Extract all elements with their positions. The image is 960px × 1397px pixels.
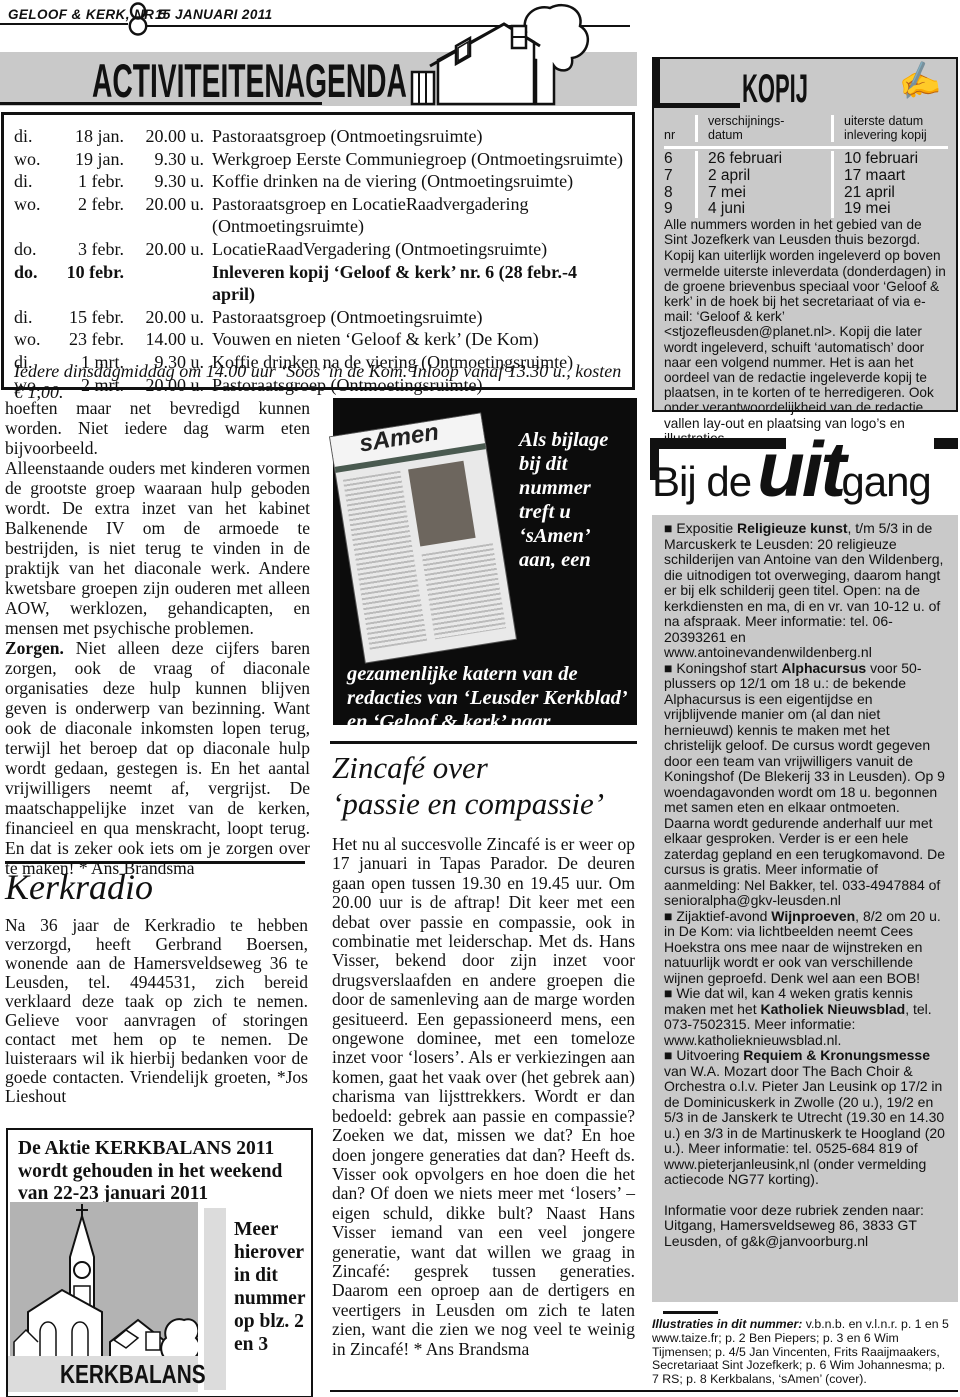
- illustraties-rule: [663, 1311, 718, 1314]
- agenda-cell: 19 jan.: [62, 148, 124, 171]
- bij-de-uitgang-logo: Bij de uit gang: [650, 424, 958, 512]
- newspaper-page: GELOOF & KERK, NR 5 15 JANUARI 2011 ACTI…: [0, 0, 960, 1397]
- uitgang-items: ■ Expositie Religieuze kunst, t/m 5/3 in…: [664, 521, 946, 1188]
- agenda-cell: di.: [14, 125, 54, 148]
- agenda-cell: 14.00 u.: [132, 328, 204, 351]
- zincafe-heading: Zincafé over ‘passie en compassie’: [332, 750, 604, 822]
- uitgang-logo-suffix: gang: [841, 439, 930, 525]
- page-number-icon: [126, 2, 150, 41]
- uitgang-item: ■ Uitvoering Requiem & Kronungsmesse van…: [664, 1048, 946, 1188]
- agenda-title-underline: [0, 102, 322, 105]
- agenda-cell: 20.00 u.: [132, 238, 204, 261]
- kopij-cell: 2 april: [695, 168, 844, 185]
- samen-cover-photo: [408, 461, 476, 547]
- kopij-cell: 4 juni: [695, 201, 844, 218]
- agenda-cell: 9.30 u.: [132, 170, 204, 193]
- agenda-cell: wo.: [14, 328, 54, 351]
- agenda-cell: 10 febr.: [62, 261, 124, 306]
- kerkbalans-logo: KERKBALANS: [60, 1359, 242, 1390]
- section-divider: [330, 741, 637, 744]
- article-paragraph: hoeften maar net bevredigd kunnen worden…: [5, 398, 310, 458]
- kopij-cell: 19 mei: [831, 201, 948, 218]
- uitgang-item: ■ Zijaktief-avond Wijnproeven, 8/2 om 20…: [664, 909, 946, 987]
- kopij-table-rows: 626 februari10 februari72 april17 maart8…: [664, 149, 948, 218]
- uitgang-logo-big: uit: [757, 424, 843, 515]
- agenda-cell: Pastoraatsgroep en LocatieRaadvergaderin…: [212, 193, 624, 238]
- kopij-tab-rule: [654, 59, 660, 108]
- agenda-cell: 15 febr.: [62, 306, 124, 329]
- article-diaconie-text: hoeften maar net bevredigd kunnen worden…: [5, 398, 310, 878]
- masthead-date: 15 JANUARI 2011: [155, 7, 273, 22]
- agenda-cell: 23 febr.: [62, 328, 124, 351]
- agenda-cell: 20.00 u.: [132, 306, 204, 329]
- uitgang-note: Informatie voor deze rubriek zenden naar…: [664, 1203, 946, 1250]
- kopij-cell: 7 mei: [695, 185, 844, 202]
- kerkradio-body: Na 36 jaar de Kerkradio te hebben verzor…: [5, 916, 308, 1106]
- uitgang-item: ■ Koningshof start Alphacursus voor 50-p…: [664, 661, 946, 909]
- kopij-table-header: nr verschijnings- datum uiterste datum i…: [664, 115, 948, 149]
- kerkbalans-heading: De Aktie KERKBALANS 2011 wordt gehouden …: [18, 1138, 301, 1206]
- agenda-cell: 3 febr.: [62, 238, 124, 261]
- uitgang-box: ■ Expositie Religieuze kunst, t/m 5/3 in…: [652, 515, 958, 1302]
- kopij-paragraph: Kopij kan uiterlijk worden ingeleverd op…: [664, 248, 947, 446]
- footer-rule: [330, 1390, 958, 1392]
- agenda-cell: 18 jan.: [62, 125, 124, 148]
- kopij-cell: 17 maart: [831, 168, 948, 185]
- agenda-cell: LocatieRaadVergadering (Ontmoetingsruimt…: [212, 238, 624, 261]
- agenda-cell: Inleveren kopij ‘Geloof & kerk’ nr. 6 (2…: [212, 261, 624, 306]
- uitgang-item: ■ Expositie Religieuze kunst, t/m 5/3 in…: [664, 521, 946, 661]
- agenda-cell: do.: [14, 261, 54, 306]
- agenda-cell: 20.00 u.: [132, 125, 204, 148]
- kopij-tab-rule: [654, 103, 740, 108]
- agenda-cell: Koffie drinken na de viering (Ontmoeting…: [212, 170, 624, 193]
- agenda-cell: 20.00 u.: [132, 193, 204, 238]
- agenda-box: di.18 jan.20.00 u.Pastoraatsgroep (Ontmo…: [1, 112, 635, 390]
- samen-insert-text-wrap: sAmen Als bijlage bij dit nummer treft u…: [333, 398, 637, 725]
- kopij-paragraph: Alle nummers worden in het gebied van de…: [664, 217, 947, 247]
- kopij-table: nr verschijnings- datum uiterste datum i…: [664, 115, 948, 218]
- kopij-cell: 21 april: [831, 185, 948, 202]
- agenda-cell: Vouwen en nieten ‘Geloof & kerk’ (De Kom…: [212, 328, 624, 351]
- agenda-cell: di.: [14, 170, 54, 193]
- agenda-cell: Werkgroep Eerste Communiegroep (Ontmoeti…: [212, 148, 624, 171]
- agenda-cell: 2 febr.: [62, 193, 124, 238]
- kopij-body: Alle nummers worden in het gebied van de…: [664, 217, 947, 447]
- agenda-table: di.18 jan.20.00 u.Pastoraatsgroep (Ontmo…: [14, 125, 624, 396]
- writing-hand-icon: ✍: [894, 57, 944, 105]
- article-paragraph-zorgen: Zorgen. Niet alleen deze cijfers baren z…: [5, 638, 310, 878]
- agenda-cell: di.: [14, 306, 54, 329]
- kopij-title: KOPIJ: [742, 67, 862, 112]
- agenda-cell: do.: [14, 238, 54, 261]
- article-paragraph: Alleenstaande ouders met kinderen vormen…: [5, 458, 310, 638]
- uitgang-logo-prefix: Bij de: [652, 439, 751, 525]
- agenda-cell: 1 febr.: [62, 170, 124, 193]
- agenda-cell: wo.: [14, 148, 54, 171]
- section-divider: [5, 861, 305, 864]
- kerkradio-heading: Kerkradio: [5, 866, 153, 908]
- illustraties-credit: Illustraties in dit nummer: v.b.n.b. en …: [652, 1318, 952, 1387]
- uitgang-item: ■ Wie dat wil, kan 4 weken gratis kennis…: [664, 986, 946, 1048]
- house-tree-illustration: [408, 0, 598, 112]
- agenda-cell: [132, 261, 204, 306]
- kopij-box: KOPIJ ✍ nr verschijnings- datum uiterste…: [652, 57, 958, 412]
- zincafe-body: Het nu al succesvolle Zincafé is er weer…: [332, 835, 635, 1359]
- agenda-cell: wo.: [14, 193, 54, 238]
- agenda-note: Iedere dinsdagmiddag om 14.00 uur ‘Soos’…: [14, 361, 622, 403]
- agenda-cell: Pastoraatsgroep (Ontmoetingsruimte): [212, 306, 624, 329]
- samen-insert-box: sAmen Als bijlage bij dit nummer treft u…: [333, 398, 637, 725]
- kerkbalans-side-note: Meer hierover in dit nummer op blz. 2 en…: [234, 1218, 308, 1356]
- kopij-cell: 10 februari: [831, 151, 948, 168]
- uitgang-logo-bar: [934, 438, 958, 449]
- kerkbalans-box: De Aktie KERKBALANS 2011 wordt gehouden …: [6, 1128, 313, 1397]
- agenda-cell: Pastoraatsgroep (Ontmoetingsruimte): [212, 125, 624, 148]
- kopij-cell: 26 februari: [695, 151, 844, 168]
- masthead-rule-left: [0, 23, 128, 25]
- agenda-cell: 9.30 u.: [132, 148, 204, 171]
- samen-newsletter-image: sAmen: [341, 414, 513, 660]
